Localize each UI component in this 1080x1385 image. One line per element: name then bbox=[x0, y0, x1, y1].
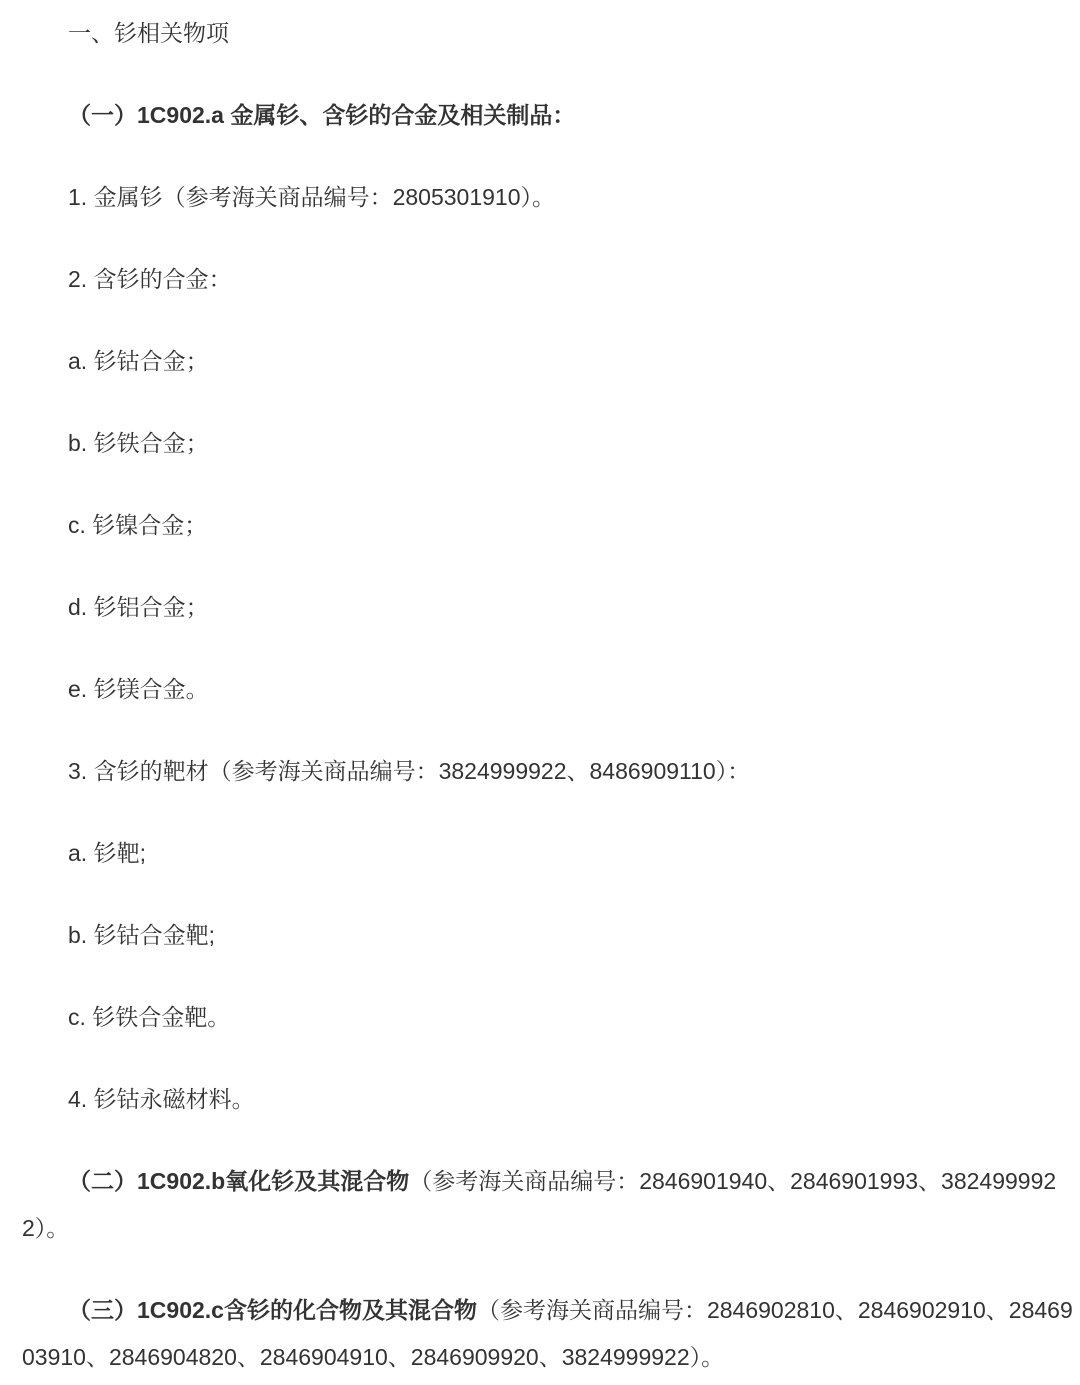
section-2-heading: （二）1C902.b氧化钐及其混合物（参考海关商品编号：2846901940、2… bbox=[22, 1158, 1072, 1252]
paragraph-line: （二）1C902.b氧化钐及其混合物（参考海关商品编号：2846901940、2… bbox=[22, 1158, 1072, 1205]
paragraph-line: b. 钐铁合金； bbox=[22, 420, 1072, 467]
text-segment: 4. 钐钴永磁材料。 bbox=[68, 1086, 255, 1112]
paragraph-line: c. 钐镍合金； bbox=[22, 502, 1072, 549]
item-2a-samarium-cobalt-alloy: a. 钐钴合金； bbox=[22, 338, 1072, 385]
paragraph-line: 1. 金属钐（参考海关商品编号：2805301910）。 bbox=[22, 174, 1072, 221]
item-3c-samarium-iron-alloy-target: c. 钐铁合金靶。 bbox=[22, 994, 1072, 1041]
bold-text-segment: （一）1C902.a 金属钐、含钐的合金及相关制品： bbox=[68, 102, 575, 128]
text-segment: 2）。 bbox=[22, 1215, 69, 1241]
item-3a-samarium-target: a. 钐靶; bbox=[22, 830, 1072, 877]
paragraph-line: 一、钐相关物项 bbox=[22, 10, 1072, 57]
item-2c-samarium-nickel-alloy: c. 钐镍合金； bbox=[22, 502, 1072, 549]
text-segment: 一、钐相关物项 bbox=[68, 20, 229, 46]
item-1-samarium-metal: 1. 金属钐（参考海关商品编号：2805301910）。 bbox=[22, 174, 1072, 221]
paragraph-line: e. 钐镁合金。 bbox=[22, 666, 1072, 713]
item-2e-samarium-magnesium-alloy: e. 钐镁合金。 bbox=[22, 666, 1072, 713]
document-body: 一、钐相关物项（一）1C902.a 金属钐、含钐的合金及相关制品：1. 金属钐（… bbox=[22, 10, 1072, 1381]
paragraph-line: 2）。 bbox=[22, 1205, 1072, 1252]
bold-text-segment: （三）1C902.c含钐的化合物及其混合物 bbox=[68, 1297, 477, 1323]
text-segment: 3. 含钐的靶材（参考海关商品编号：3824999922、8486909110）… bbox=[68, 758, 750, 784]
text-segment: a. 钐靶; bbox=[68, 840, 146, 866]
paragraph-line: c. 钐铁合金靶。 bbox=[22, 994, 1072, 1041]
text-segment: a. 钐钴合金； bbox=[68, 348, 209, 374]
paragraph-line: b. 钐钴合金靶; bbox=[22, 912, 1072, 959]
text-segment: b. 钐钴合金靶; bbox=[68, 922, 215, 948]
text-segment: （参考海关商品编号：2846902810、2846902910、28469 bbox=[477, 1297, 1073, 1323]
bold-text-segment: （二）1C902.b氧化钐及其混合物 bbox=[68, 1168, 409, 1194]
item-2d-samarium-aluminum-alloy: d. 钐铝合金； bbox=[22, 584, 1072, 631]
section-3-heading: （三）1C902.c含钐的化合物及其混合物（参考海关商品编号：284690281… bbox=[22, 1287, 1072, 1381]
paragraph-line: （一）1C902.a 金属钐、含钐的合金及相关制品： bbox=[22, 92, 1072, 139]
item-2b-samarium-iron-alloy: b. 钐铁合金； bbox=[22, 420, 1072, 467]
item-3b-samarium-cobalt-alloy-target: b. 钐钴合金靶; bbox=[22, 912, 1072, 959]
section-1-heading: （一）1C902.a 金属钐、含钐的合金及相关制品： bbox=[22, 92, 1072, 139]
text-segment: （参考海关商品编号：2846901940、2846901993、38249999… bbox=[409, 1168, 1056, 1194]
text-segment: c. 钐铁合金靶。 bbox=[68, 1004, 230, 1030]
paragraph-line: （三）1C902.c含钐的化合物及其混合物（参考海关商品编号：284690281… bbox=[22, 1287, 1072, 1334]
paragraph-line: d. 钐铝合金； bbox=[22, 584, 1072, 631]
paragraph-line: 03910、2846904820、2846904910、2846909920、3… bbox=[22, 1334, 1072, 1381]
item-4-samarium-cobalt-permanent-magnet: 4. 钐钴永磁材料。 bbox=[22, 1076, 1072, 1123]
item-3-samarium-targets: 3. 含钐的靶材（参考海关商品编号：3824999922、8486909110）… bbox=[22, 748, 1072, 795]
item-2-samarium-alloys: 2. 含钐的合金： bbox=[22, 256, 1072, 303]
doc-title-line: 一、钐相关物项 bbox=[22, 10, 1072, 57]
paragraph-line: a. 钐靶; bbox=[22, 830, 1072, 877]
text-segment: e. 钐镁合金。 bbox=[68, 676, 209, 702]
text-segment: 03910、2846904820、2846904910、2846909920、3… bbox=[22, 1344, 724, 1370]
text-segment: 1. 金属钐（参考海关商品编号：2805301910）。 bbox=[68, 184, 555, 210]
paragraph-line: 2. 含钐的合金： bbox=[22, 256, 1072, 303]
paragraph-line: 4. 钐钴永磁材料。 bbox=[22, 1076, 1072, 1123]
text-segment: b. 钐铁合金； bbox=[68, 430, 209, 456]
text-segment: d. 钐铝合金； bbox=[68, 594, 209, 620]
text-segment: c. 钐镍合金； bbox=[68, 512, 207, 538]
text-segment: 2. 含钐的合金： bbox=[68, 266, 232, 292]
paragraph-line: 3. 含钐的靶材（参考海关商品编号：3824999922、8486909110）… bbox=[22, 748, 1072, 795]
paragraph-line: a. 钐钴合金； bbox=[22, 338, 1072, 385]
